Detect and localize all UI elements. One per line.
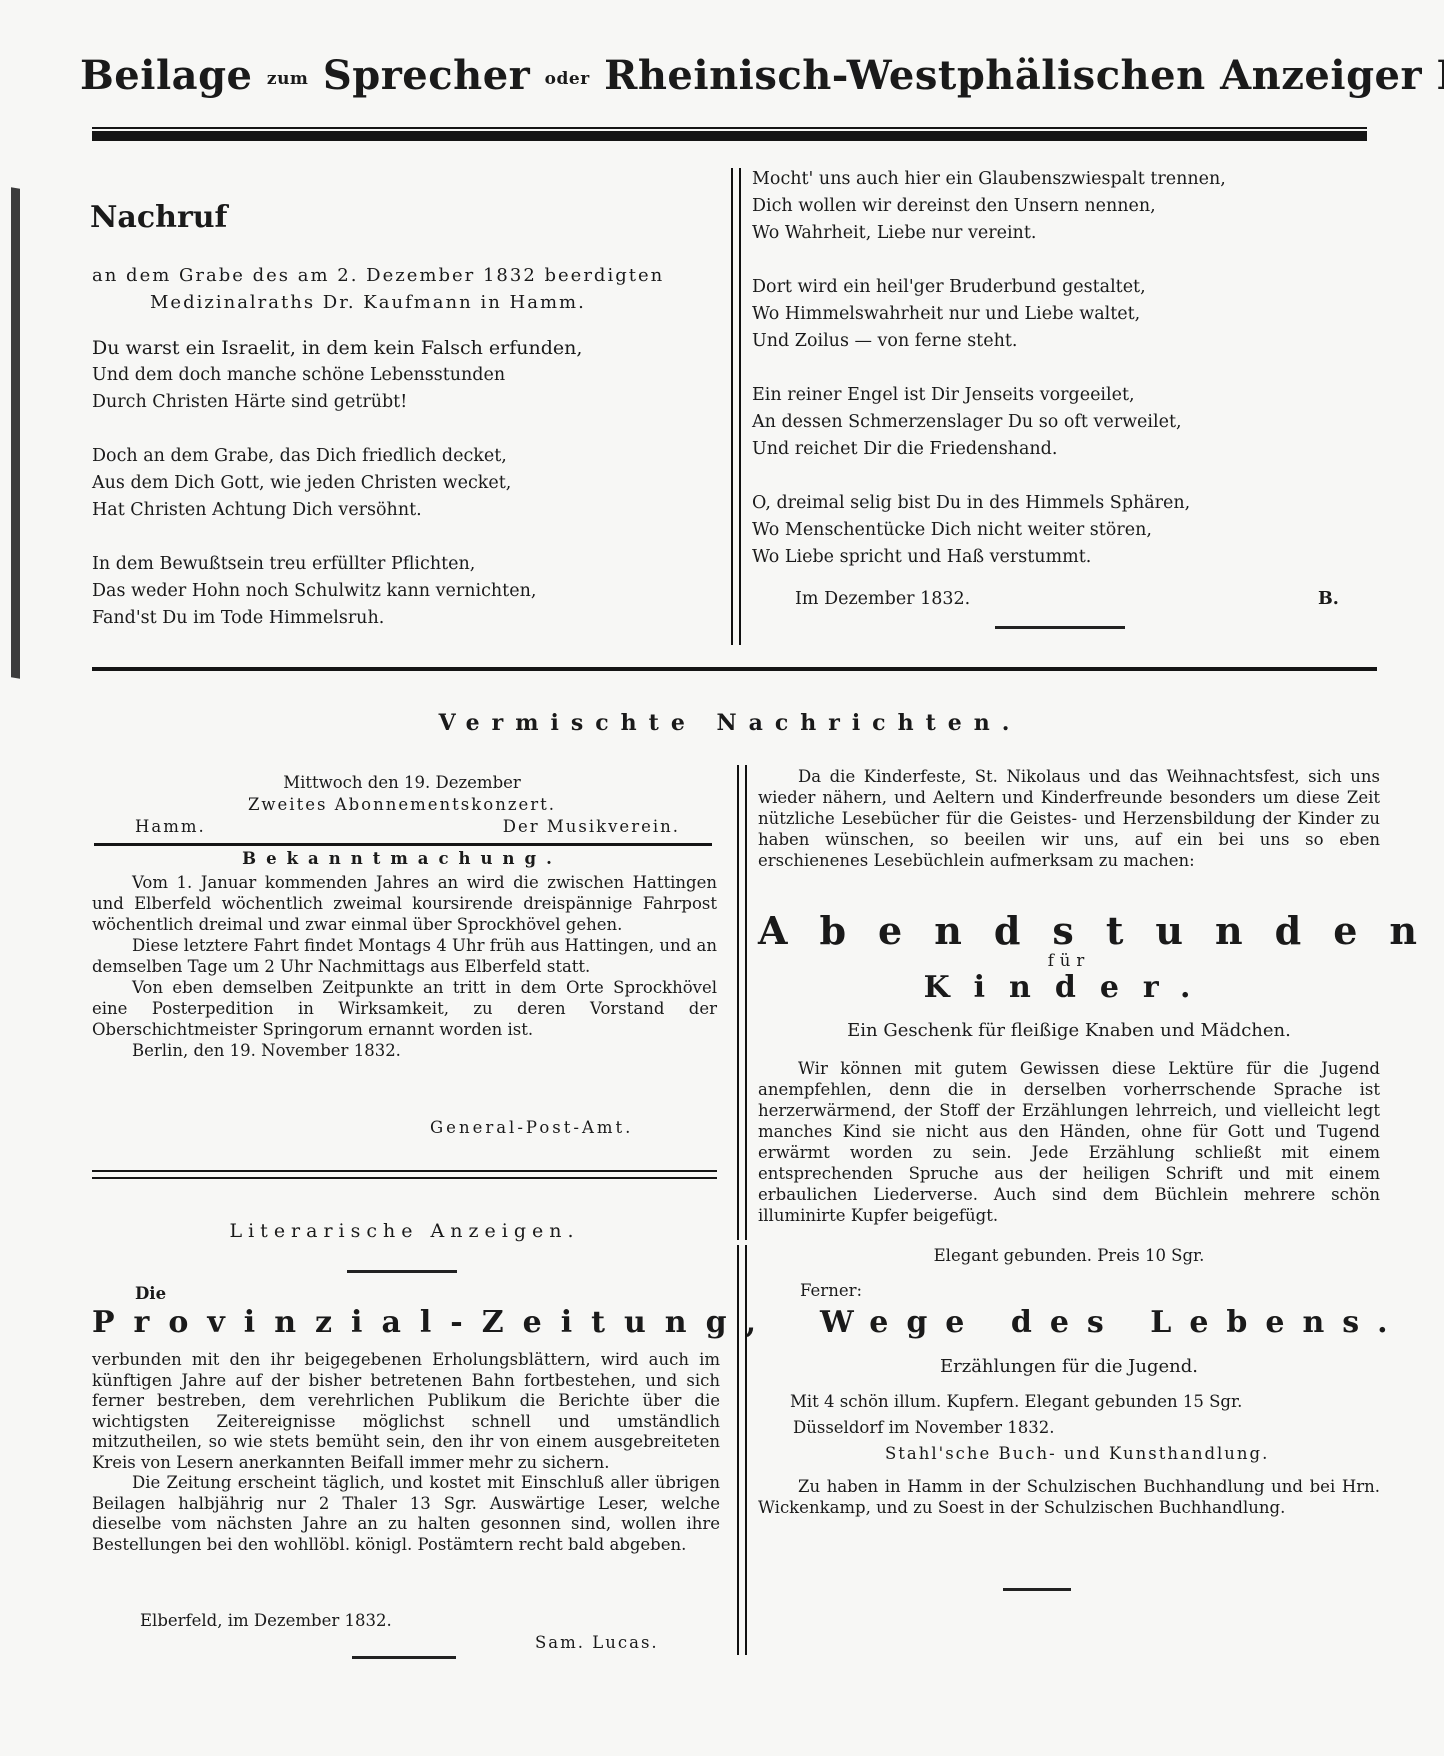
nachruf-dateline: Im Dezember 1832. xyxy=(795,586,970,613)
poem-line: Aus dem Dich Gott, wie jeden Christen we… xyxy=(92,470,712,497)
poem-line: O, dreimal selig bist Du in des Himmels … xyxy=(752,490,1372,517)
provinzial-p1: verbunden mit den ihr beigegebenen Erhol… xyxy=(92,1350,720,1473)
wege-availability: Zu haben in Hamm in der Schulzischen Buc… xyxy=(758,1476,1380,1518)
abendstunden-fuer: für xyxy=(758,950,1380,972)
wege-availability-text: Zu haben in Hamm in der Schulzischen Buc… xyxy=(758,1476,1380,1518)
poem-line: Ein reiner Engel ist Dir Jenseits vorgee… xyxy=(752,382,1372,409)
abendstunden-subtitle: Ein Geschenk für fleißige Knaben und Mäd… xyxy=(758,1020,1380,1042)
provinzial-body: verbunden mit den ihr beigegebenen Erhol… xyxy=(92,1350,720,1555)
konzert-footer: Hamm. Der Musikverein. xyxy=(135,816,680,838)
poem-line: Das weder Hohn noch Schulwitz kann verni… xyxy=(92,578,712,605)
provinzial-signature: Sam. Lucas. xyxy=(535,1632,659,1654)
bekanntmachung-p2: Diese letztere Fahrt findet Montags 4 Uh… xyxy=(92,935,717,977)
nachruf-signature: B. xyxy=(1318,586,1339,613)
bekanntmachung-body: Vom 1. Januar kommenden Jahres an wird d… xyxy=(92,872,717,1061)
abendstunden-title: Abendstunden xyxy=(758,908,1398,953)
abendstunden-body-text: Wir können mit gutem Gewissen diese Lekt… xyxy=(758,1058,1380,1226)
wege-dateline: Düsseldorf im November 1832. xyxy=(793,1417,1055,1439)
poem-line: Du warst ein Israelit, in dem kein Falsc… xyxy=(92,335,712,362)
poem-line: Wo Liebe spricht und Haß verstummt. xyxy=(752,544,1372,571)
stanza: Dort wird ein heil'ger Bruderbund gestal… xyxy=(752,274,1372,355)
stanza: In dem Bewußtsein treu erfüllter Pflicht… xyxy=(92,551,712,632)
wege-subtitle: Erzählungen für die Jugend. xyxy=(758,1356,1380,1378)
masthead-beilage: Beilage xyxy=(80,52,252,99)
konzert-org: Der Musikverein. xyxy=(503,816,680,838)
bekanntmachung-signature: General-Post-Amt. xyxy=(430,1117,633,1139)
abendstunden-price: Elegant gebunden. Preis 10 Sgr. xyxy=(758,1245,1380,1267)
poem-line: Durch Christen Härte sind getrübt! xyxy=(92,389,712,416)
provinzial-dateline: Elberfeld, im Dezember 1832. xyxy=(140,1610,392,1632)
abendstunden-body: Wir können mit gutem Gewissen diese Lekt… xyxy=(758,1058,1380,1226)
poem-left: Du warst ein Israelit, in dem kein Falsc… xyxy=(92,335,712,659)
provinzial-title: Provinzial-Zeitung, xyxy=(92,1305,722,1340)
masthead-sprecher: Sprecher xyxy=(323,52,530,99)
poem-line: Doch an dem Grabe, das Dich friedlich de… xyxy=(92,443,712,470)
bekanntmachung-dateline: Berlin, den 19. November 1832. xyxy=(92,1040,717,1061)
stanza: Du warst ein Israelit, in dem kein Falsc… xyxy=(92,335,712,416)
poem-line: Dich wollen wir dereinst den Unsern nenn… xyxy=(752,193,1372,220)
poem-line: Wo Himmelswahrheit nur und Liebe waltet, xyxy=(752,301,1372,328)
column-divider xyxy=(737,1245,747,1655)
poem-line: In dem Bewußtsein treu erfüllter Pflicht… xyxy=(92,551,712,578)
poem-line: Wo Menschentücke Dich nicht weiter störe… xyxy=(752,517,1372,544)
masthead-zum: zum xyxy=(267,69,309,89)
poem-line: Mocht' uns auch hier ein Glaubenszwiespa… xyxy=(752,166,1372,193)
section-divider xyxy=(92,667,1377,671)
section-divider xyxy=(92,1170,717,1179)
konzert-line1: Mittwoch den 19. Dezember xyxy=(92,772,712,794)
provinzial-die: Die xyxy=(135,1283,166,1305)
stanza: Ein reiner Engel ist Dir Jenseits vorgee… xyxy=(752,382,1372,463)
stanza: O, dreimal selig bist Du in des Himmels … xyxy=(752,490,1372,571)
masthead-oder: oder xyxy=(545,69,590,89)
wege-details: Mit 4 schön illum. Kupfern. Elegant gebu… xyxy=(790,1391,1242,1413)
column-divider xyxy=(737,765,747,1240)
poem-line: Fand'st Du im Tode Himmelsruh. xyxy=(92,605,712,632)
masthead-anzeiger: Rheinisch-Westphälischen Anzeiger Nr. 10… xyxy=(604,52,1444,99)
stanza: Doch an dem Grabe, das Dich friedlich de… xyxy=(92,443,712,524)
nachruf-title: Nachruf xyxy=(90,200,227,235)
konzert-line2: Zweites Abonnementskonzert. xyxy=(92,794,712,816)
poem-line: Und Zoilus — von ferne steht. xyxy=(752,328,1372,355)
wege-ferner: Ferner: xyxy=(800,1280,862,1302)
poem-line: Wo Wahrheit, Liebe nur vereint. xyxy=(752,220,1372,247)
section-end-rule xyxy=(1003,1588,1071,1591)
bekanntmachung-title: Bekanntmachung. xyxy=(92,848,712,870)
scan-edge-bar xyxy=(11,187,20,679)
abendstunden-intro: Da die Kinderfeste, St. Nikolaus und das… xyxy=(758,766,1380,871)
section-end-rule xyxy=(352,1656,456,1659)
poem-line: Dort wird ein heil'ger Bruderbund gestal… xyxy=(752,274,1372,301)
abendstunden-intro-text: Da die Kinderfeste, St. Nikolaus und das… xyxy=(758,766,1380,871)
masthead-rule xyxy=(92,127,1367,141)
wege-publisher: Stahl'sche Buch- und Kunsthandlung. xyxy=(885,1443,1269,1465)
nachruf-subtitle-2: Medizinalraths Dr. Kaufmann in Hamm. xyxy=(150,289,586,316)
wege-title: Wege des Lebens. xyxy=(820,1305,1406,1340)
poem-line: Und reichet Dir die Friedenshand. xyxy=(752,436,1372,463)
column-divider xyxy=(731,168,741,645)
vermischte-heading: Vermischte Nachrichten. xyxy=(80,710,1380,736)
konzert-rule xyxy=(94,843,712,846)
bekanntmachung-p3: Von eben demselben Zeitpunkte an tritt i… xyxy=(92,977,717,1040)
nachruf-subtitle-1: an dem Grabe des am 2. Dezember 1832 bee… xyxy=(92,262,664,289)
masthead: Beilage zum Sprecher oder Rheinisch-West… xyxy=(80,52,1380,99)
bekanntmachung-p1: Vom 1. Januar kommenden Jahres an wird d… xyxy=(92,872,717,935)
abendstunden-kinder: Kinder. xyxy=(758,970,1380,1005)
poem-right: Mocht' uns auch hier ein Glaubenszwiespa… xyxy=(752,166,1372,571)
literarische-heading: Literarische Anzeigen. xyxy=(92,1220,717,1242)
heading-rule xyxy=(347,1270,457,1273)
provinzial-p2: Die Zeitung erscheint täglich, und koste… xyxy=(92,1473,720,1555)
poem-line: An dessen Schmerzenslager Du so oft verw… xyxy=(752,409,1372,436)
poem-line: Und dem doch manche schöne Lebensstunden xyxy=(92,362,712,389)
stanza: Mocht' uns auch hier ein Glaubenszwiespa… xyxy=(752,166,1372,247)
section-end-rule xyxy=(995,626,1125,629)
konzert-place: Hamm. xyxy=(135,816,206,838)
poem-line: Hat Christen Achtung Dich versöhnt. xyxy=(92,497,712,524)
